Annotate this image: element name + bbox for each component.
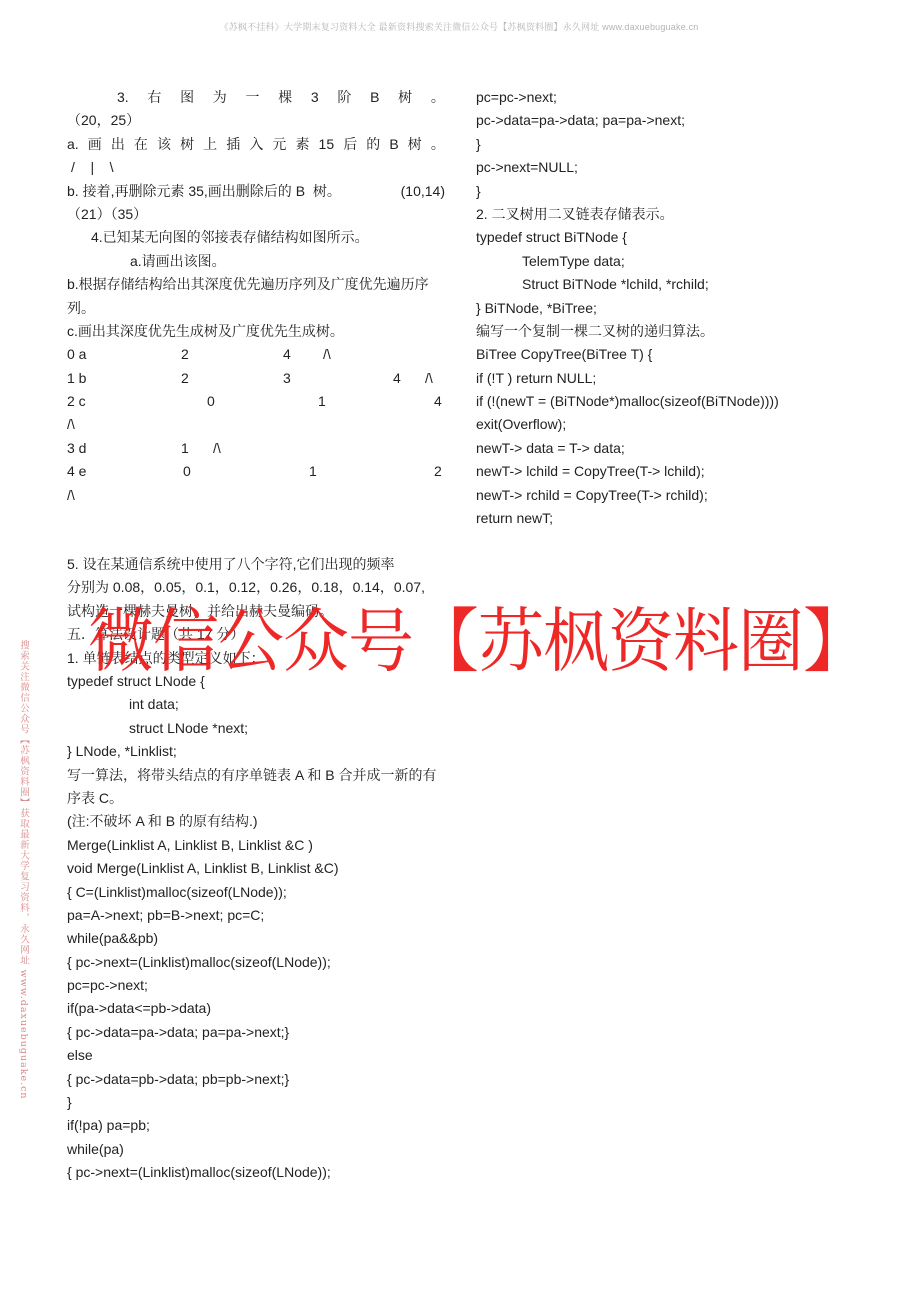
code-line: newT-> lchild = CopyTree(T-> lchild); bbox=[476, 460, 816, 483]
adjacency-cell: 1 bbox=[318, 390, 326, 413]
code-line: TelemType data; bbox=[476, 250, 816, 273]
adjacency-cell: 1 bbox=[181, 437, 189, 460]
q4-title: 4.已知某无向图的邻接表存储结构如图所示。 bbox=[67, 226, 445, 249]
q3-title-token: 3. bbox=[117, 86, 129, 109]
adjacency-cell: /\ bbox=[67, 484, 75, 507]
code-line: } bbox=[476, 133, 816, 156]
q3-part-b-text: b. 接着,再删除元素 35,画出删除后的 B 树。 bbox=[67, 180, 341, 203]
code-line: void Merge(Linklist A, Linklist B, Linkl… bbox=[67, 857, 445, 880]
q5-line1: 5. 设在某通信系统中使用了八个字符,它们出现的频率 bbox=[67, 553, 445, 576]
q3-title-token: 棵 bbox=[278, 86, 292, 109]
q4-part-a: a.请画出该图。 bbox=[67, 250, 445, 273]
lnode-struct-code: typedef struct LNode {int data;struct LN… bbox=[67, 670, 445, 764]
adjacency-cell: 0 bbox=[207, 390, 215, 413]
side-watermark: 搜索关注微信公众号【苏枫资料圈】获取最新大学复习资料，永久网址 www.daxu… bbox=[16, 640, 30, 1100]
adjacency-cell: 2 bbox=[181, 343, 189, 366]
q2-description: 编写一个复制一棵二叉树的递归算法。 bbox=[476, 320, 816, 343]
q3-a-token: 该 bbox=[157, 133, 171, 156]
adjacency-row: 2 c014 bbox=[67, 390, 445, 413]
code-line: pc->data=pa->data; pa=pa->next; bbox=[476, 109, 816, 132]
q3-part-b: b. 接着,再删除元素 35,画出删除后的 B 树。 (10,14) bbox=[67, 180, 445, 203]
q3-children: （21）（35） bbox=[67, 203, 445, 226]
code-line: int data; bbox=[67, 693, 445, 716]
merge-code-continued: pc=pc->next;pc->data=pa->data; pa=pa->ne… bbox=[476, 86, 816, 203]
code-line: return newT; bbox=[476, 507, 816, 530]
merge-note: (注:不破坏 A 和 B 的原有结构.) bbox=[67, 810, 445, 833]
adjacency-cell: 4 e bbox=[67, 460, 86, 483]
q4-part-c: c.画出其深度优先生成树及广度优先生成树。 bbox=[67, 320, 445, 343]
code-line: { pc->data=pb->data; pb=pb->next;} bbox=[67, 1068, 445, 1091]
code-line: { pc->next=(Linklist)malloc(sizeof(LNode… bbox=[67, 1161, 445, 1184]
adjacency-cell: 0 bbox=[183, 460, 191, 483]
q3-a-token: 出 bbox=[111, 133, 125, 156]
q3-a-token: 入 bbox=[249, 133, 263, 156]
q3-title-token: 。 bbox=[431, 86, 445, 109]
q3-branches: / | \ bbox=[67, 156, 445, 179]
q4-part-b: b.根据存储结构给出其深度优先遍历序列及广度优先遍历序列。 bbox=[67, 273, 445, 320]
adjacency-cell: 4 bbox=[393, 367, 401, 390]
code-line: } bbox=[476, 180, 816, 203]
q3-a-token: B bbox=[389, 133, 398, 156]
q3-a-token: 素 bbox=[295, 133, 309, 156]
merge-code: Merge(Linklist A, Linklist B, Linklist &… bbox=[67, 834, 445, 1185]
code-line: pc=pc->next; bbox=[67, 974, 445, 997]
code-line: Struct BiTNode *lchild, *rchild; bbox=[476, 273, 816, 296]
code-line: pc=pc->next; bbox=[476, 86, 816, 109]
header-banner: 《苏枫不挂科》大学期末复习资料大全 最新资料搜索关注微信公众号【苏枫资料圈】永久… bbox=[0, 20, 918, 33]
adjacency-row: 3 d1/\ bbox=[67, 437, 445, 460]
q3-part-a: a.画出在该树上插入元素15后的B树。 bbox=[67, 133, 445, 156]
q2-title: 2. 二叉树用二叉链表存储表示。 bbox=[476, 203, 816, 226]
code-line: { C=(Linklist)malloc(sizeof(LNode)); bbox=[67, 881, 445, 904]
q3-title-token: 图 bbox=[180, 86, 194, 109]
adjacency-cell: /\ bbox=[425, 367, 433, 390]
code-line: Merge(Linklist A, Linklist B, Linklist &… bbox=[67, 834, 445, 857]
copytree-code: BiTree CopyTree(BiTree T) {if (!T ) retu… bbox=[476, 343, 816, 530]
code-line: while(pa&&pb) bbox=[67, 927, 445, 950]
adjacency-cell: 2 c bbox=[67, 390, 86, 413]
code-line: if (!(newT = (BiTNode*)malloc(sizeof(BiT… bbox=[476, 390, 816, 413]
adjacency-cell: 2 bbox=[181, 367, 189, 390]
q3-title-token: 一 bbox=[246, 86, 260, 109]
code-line: newT-> data = T-> data; bbox=[476, 437, 816, 460]
q3-title-token: 树 bbox=[398, 86, 412, 109]
q3-a-token: 树 bbox=[408, 133, 422, 156]
code-line: { pc->next=(Linklist)malloc(sizeof(LNode… bbox=[67, 951, 445, 974]
adjacency-cell: /\ bbox=[213, 437, 221, 460]
code-line: { pc->data=pa->data; pa=pa->next;} bbox=[67, 1021, 445, 1044]
q3-a-token: 元 bbox=[272, 133, 286, 156]
code-line: } bbox=[67, 1091, 445, 1114]
q3-title-token: 为 bbox=[213, 86, 227, 109]
adjacency-cell: 4 bbox=[434, 390, 442, 413]
code-line: else bbox=[67, 1044, 445, 1067]
adjacency-row: /\ bbox=[67, 484, 445, 507]
q3-a-token: 画 bbox=[88, 133, 102, 156]
code-line: if (!T ) return NULL; bbox=[476, 367, 816, 390]
code-line: if(pa->data<=pb->data) bbox=[67, 997, 445, 1020]
q3-a-token: 插 bbox=[226, 133, 240, 156]
adjacency-cell: 3 d bbox=[67, 437, 86, 460]
code-line: exit(Overflow); bbox=[476, 413, 816, 436]
right-column: pc=pc->next;pc->data=pa->data; pa=pa->ne… bbox=[476, 86, 816, 530]
code-line: while(pa) bbox=[67, 1138, 445, 1161]
adjacency-row: /\ bbox=[67, 413, 445, 436]
q3-a-token: a. bbox=[67, 133, 79, 156]
wechat-watermark: 微信公众号【苏枫资料圈】 bbox=[88, 600, 868, 684]
code-line: } LNode, *Linklist; bbox=[67, 740, 445, 763]
adjacency-cell: 3 bbox=[283, 367, 291, 390]
code-line: pc->next=NULL; bbox=[476, 156, 816, 179]
adjacency-cell: 2 bbox=[434, 460, 442, 483]
q3-title: 3.右图为一棵3阶B树。 bbox=[67, 86, 445, 109]
q3-a-token: 的 bbox=[366, 133, 380, 156]
q3-a-token: 树 bbox=[180, 133, 194, 156]
q3-title-token: 阶 bbox=[337, 86, 351, 109]
adjacency-cell: 1 bbox=[309, 460, 317, 483]
adjacency-row: 4 e012 bbox=[67, 460, 445, 483]
q3-a-token: 15 bbox=[319, 133, 335, 156]
q3-root-keys: （20，25） bbox=[67, 109, 445, 132]
q3-a-token: 上 bbox=[203, 133, 217, 156]
q3-title-token: 右 bbox=[147, 86, 161, 109]
adjacency-row: 1 b234/\ bbox=[67, 367, 445, 390]
adjacency-row: 0 a24/\ bbox=[67, 343, 445, 366]
code-line: newT-> rchild = CopyTree(T-> rchild); bbox=[476, 484, 816, 507]
adjacency-cell: /\ bbox=[323, 343, 331, 366]
q3-part-b-keys: (10,14) bbox=[401, 180, 445, 203]
code-line: struct LNode *next; bbox=[67, 717, 445, 740]
code-line: pa=A->next; pb=B->next; pc=C; bbox=[67, 904, 445, 927]
q3-title-token: 3 bbox=[311, 86, 319, 109]
code-line: } BiTNode, *BiTree; bbox=[476, 297, 816, 320]
q3-a-token: 在 bbox=[134, 133, 148, 156]
code-line: BiTree CopyTree(BiTree T) { bbox=[476, 343, 816, 366]
adjacency-cell: 0 a bbox=[67, 343, 86, 366]
adjacency-list: 0 a24/\1 b234/\2 c014/\3 d1/\4 e012/\ bbox=[67, 343, 445, 507]
q5-line2: 分别为 0.08，0.05，0.1，0.12，0.26，0.18，0.14，0.… bbox=[67, 576, 445, 599]
bitnode-struct-code: typedef struct BiTNode {TelemType data;S… bbox=[476, 226, 816, 320]
q3-a-token: 。 bbox=[431, 133, 445, 156]
code-line: if(!pa) pa=pb; bbox=[67, 1114, 445, 1137]
adjacency-cell: 1 b bbox=[67, 367, 86, 390]
adjacency-cell: /\ bbox=[67, 413, 75, 436]
q3-title-token: B bbox=[370, 86, 379, 109]
merge-description: 写一算法，将带头结点的有序单链表 A 和 B 合并成一新的有序表 C。 bbox=[67, 764, 445, 811]
adjacency-cell: 4 bbox=[283, 343, 291, 366]
q3-a-token: 后 bbox=[343, 133, 357, 156]
code-line: typedef struct BiTNode { bbox=[476, 226, 816, 249]
